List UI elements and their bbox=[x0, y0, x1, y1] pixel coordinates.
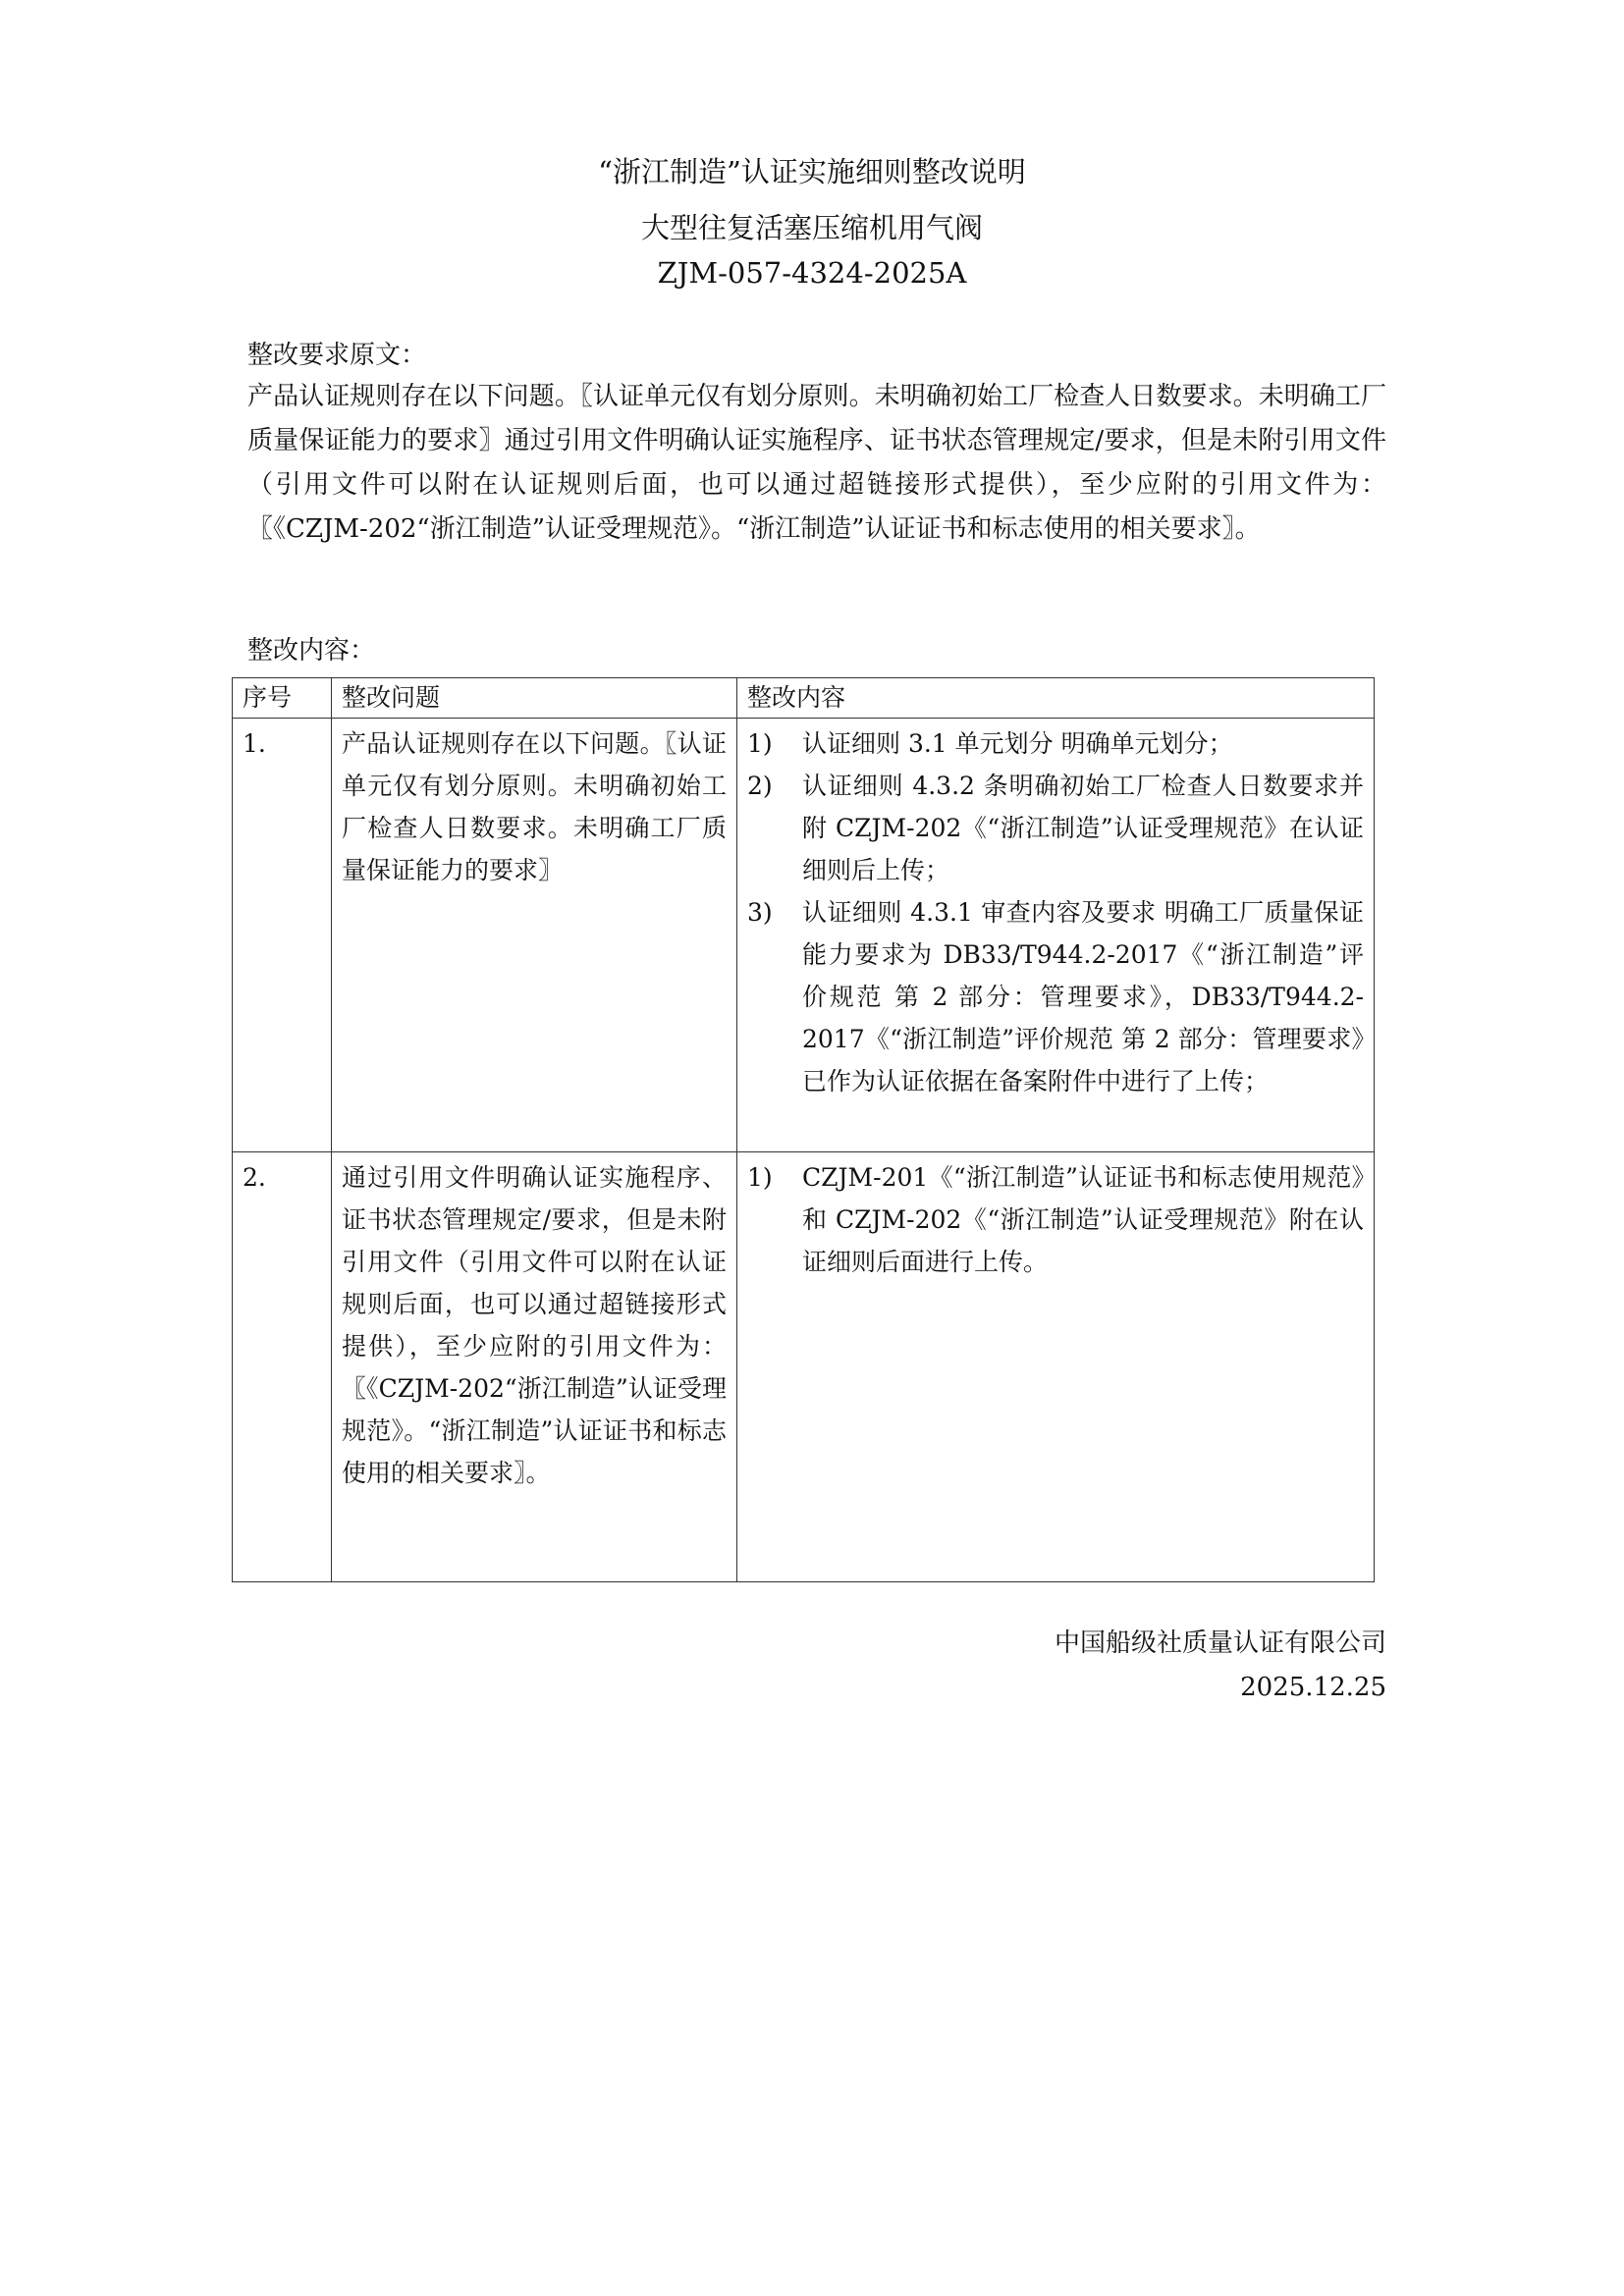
document-title: “浙江制造”认证实施细则整改说明 bbox=[0, 152, 1624, 191]
row-content: 1) CZJM-201《“浙江制造”认证证书和标志使用规范》和 CZJM-202… bbox=[747, 1152, 1364, 1283]
header-content: 整改内容 bbox=[737, 678, 1375, 719]
row-content: 1) 认证细则 3.1 单元划分 明确单元划分； 2) 认证细则 4.3.2 条… bbox=[747, 719, 1364, 1102]
item-number: 2) bbox=[747, 765, 802, 891]
table-row: 1. 产品认证规则存在以下问题。〖认证单元仅有划分原则。未明确初始工厂检查人日数… bbox=[233, 719, 1375, 1152]
header-issue: 整改问题 bbox=[332, 678, 737, 719]
item-number: 1) bbox=[747, 1156, 802, 1283]
item-text: 认证细则 3.1 单元划分 明确单元划分； bbox=[802, 722, 1364, 765]
item-text: 认证细则 4.3.2 条明确初始工厂检查人日数要求并附 CZJM-202《“浙江… bbox=[802, 765, 1364, 891]
row-issue: 通过引用文件明确认证实施程序、证书状态管理规定/要求，但是未附引用文件（引用文件… bbox=[342, 1152, 727, 1494]
content-label: 整改内容： bbox=[247, 631, 375, 670]
signature-date: 2025.12.25 bbox=[1240, 1666, 1386, 1710]
requirement-paragraph: 产品认证规则存在以下问题。〖认证单元仅有划分原则。未明确初始工厂检查人日数要求。… bbox=[247, 375, 1386, 552]
item-text: 认证细则 4.3.1 审查内容及要求 明确工厂质量保证能力要求为 DB33/T9… bbox=[802, 891, 1364, 1102]
content-item: 1) CZJM-201《“浙江制造”认证证书和标志使用规范》和 CZJM-202… bbox=[747, 1156, 1364, 1283]
item-text: CZJM-201《“浙江制造”认证证书和标志使用规范》和 CZJM-202《“浙… bbox=[802, 1156, 1364, 1283]
content-item: 2) 认证细则 4.3.2 条明确初始工厂检查人日数要求并附 CZJM-202《… bbox=[747, 765, 1364, 891]
requirement-label: 整改要求原文： bbox=[247, 336, 426, 375]
item-number: 1) bbox=[747, 722, 802, 765]
row-issue: 产品认证规则存在以下问题。〖认证单元仅有划分原则。未明确初始工厂检查人日数要求。… bbox=[342, 719, 727, 891]
company-name: 中国船级社质量认证有限公司 bbox=[1055, 1622, 1386, 1666]
requirement-text: 产品认证规则存在以下问题。〖认证单元仅有划分原则。未明确初始工厂检查人日数要求。… bbox=[247, 375, 1386, 552]
document-code: ZJM-057-4324-2025A bbox=[0, 253, 1624, 293]
table-row: 2. 通过引用文件明确认证实施程序、证书状态管理规定/要求，但是未附引用文件（引… bbox=[233, 1152, 1375, 1582]
item-number: 3) bbox=[747, 891, 802, 1102]
header-no: 序号 bbox=[233, 678, 332, 719]
product-name: 大型往复活塞压缩机用气阀 bbox=[0, 208, 1624, 247]
content-item: 3) 认证细则 4.3.1 审查内容及要求 明确工厂质量保证能力要求为 DB33… bbox=[747, 891, 1364, 1102]
rectification-table: 序号 整改问题 整改内容 1. 产品认证规则存在以下问题。〖认证单元仅有划分原则… bbox=[232, 677, 1375, 1582]
table-header-row: 序号 整改问题 整改内容 bbox=[233, 678, 1375, 719]
content-item: 1) 认证细则 3.1 单元划分 明确单元划分； bbox=[747, 722, 1364, 765]
row-number: 2. bbox=[243, 1152, 321, 1199]
row-number: 1. bbox=[243, 719, 321, 765]
